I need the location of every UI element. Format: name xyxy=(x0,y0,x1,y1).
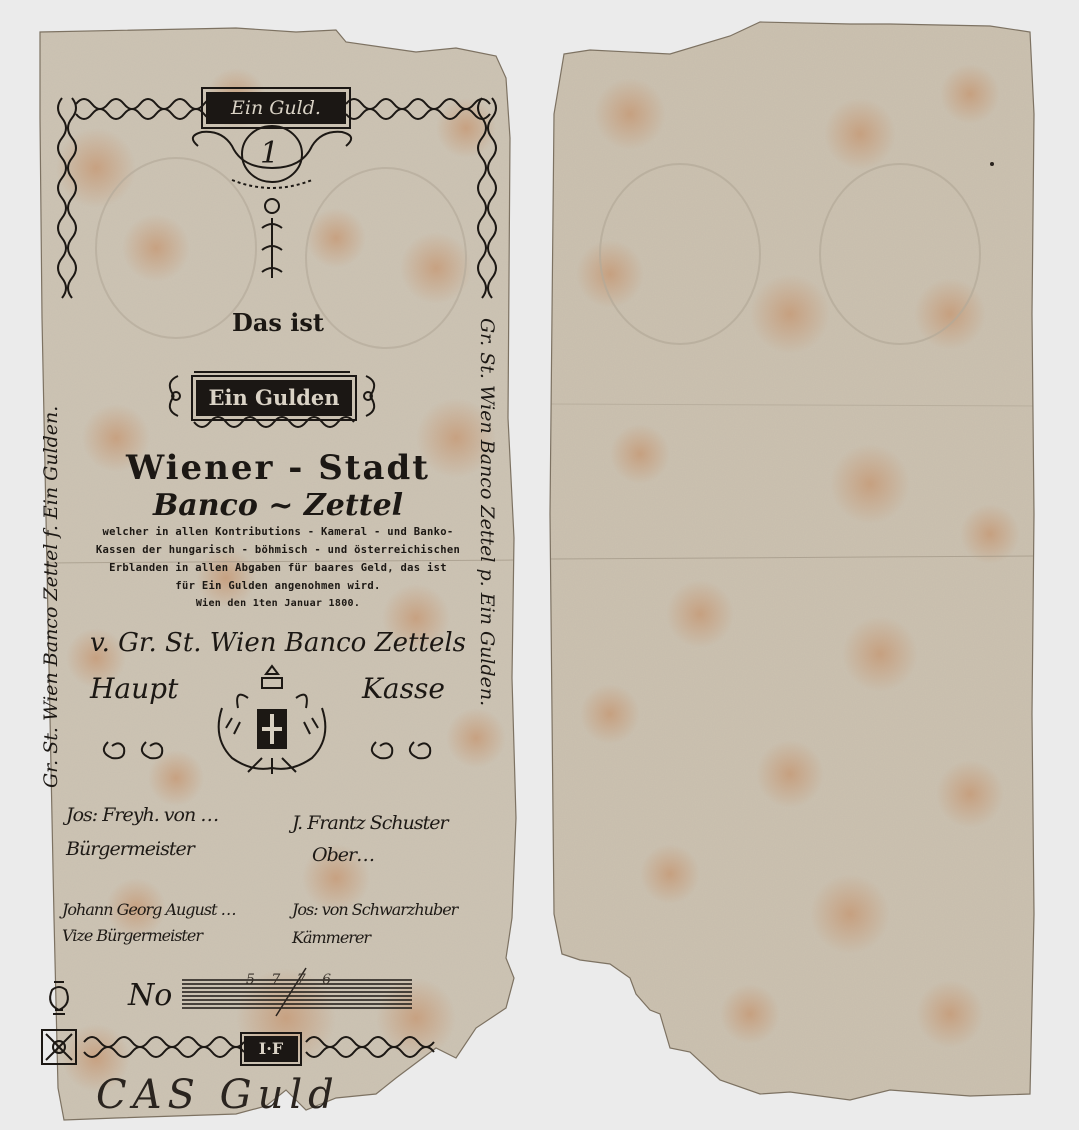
signature-3-title: Vize Bürgermeister xyxy=(62,926,202,945)
bottom-partial-text: CAS Guld xyxy=(96,1072,340,1118)
signature-4-name: Jos: von Schwarzhuber xyxy=(292,900,457,919)
signature-3-name: Johann Georg August … xyxy=(62,900,236,919)
denomination-numeral: 1 xyxy=(260,136,279,171)
banknote-front: Ein Guld. 1 Das ist Ein Gulden Wiener - … xyxy=(36,18,520,1122)
haupt-text: Haupt xyxy=(90,672,178,705)
signature-1-name: Jos: Freyh. von … xyxy=(66,804,218,826)
kasse-text: Kasse xyxy=(362,672,445,705)
series-mark: I·F xyxy=(244,1036,298,1062)
right-margin-text: Gr. St. Wien Banco Zettel p. Ein Gulden. xyxy=(476,318,498,706)
serial-number: 5 7 7 6 xyxy=(246,972,337,988)
title-banco-zettel: Banco ~ Zettel xyxy=(36,488,520,523)
number-prefix: No xyxy=(128,978,172,1013)
body-line-3: Erblanden in allen Abgaben für baares Ge… xyxy=(36,562,520,574)
body-line-2: Kassen der hungarisch - böhmisch - und ö… xyxy=(36,544,520,556)
top-denomination-label: Ein Guld. xyxy=(206,92,346,124)
title-wiener-stadt: Wiener - Stadt xyxy=(36,448,520,488)
issuer-line: v. Gr. St. Wien Banco Zettels xyxy=(36,628,520,658)
signature-4-title: Kämmerer xyxy=(292,928,370,947)
left-margin-text: Gr. St. Wien Banco Zettel f. Ein Gulden. xyxy=(40,406,62,788)
banknote-back xyxy=(550,14,1038,1118)
body-line-1: welcher in allen Kontributions - Kameral… xyxy=(36,526,520,538)
signature-2-title: Ober… xyxy=(312,844,374,866)
signature-1-title: Bürgermeister xyxy=(66,838,194,860)
denomination-box: Ein Gulden xyxy=(196,380,352,416)
signature-2-name: J. Frantz Schuster xyxy=(292,812,448,834)
das-ist-text: Das ist xyxy=(36,308,520,337)
body-line-4: für Ein Gulden angenohmen wird. xyxy=(36,580,520,592)
back-paper-shape xyxy=(550,14,1038,1118)
date-line: Wien den 1ten Januar 1800. xyxy=(36,598,520,609)
